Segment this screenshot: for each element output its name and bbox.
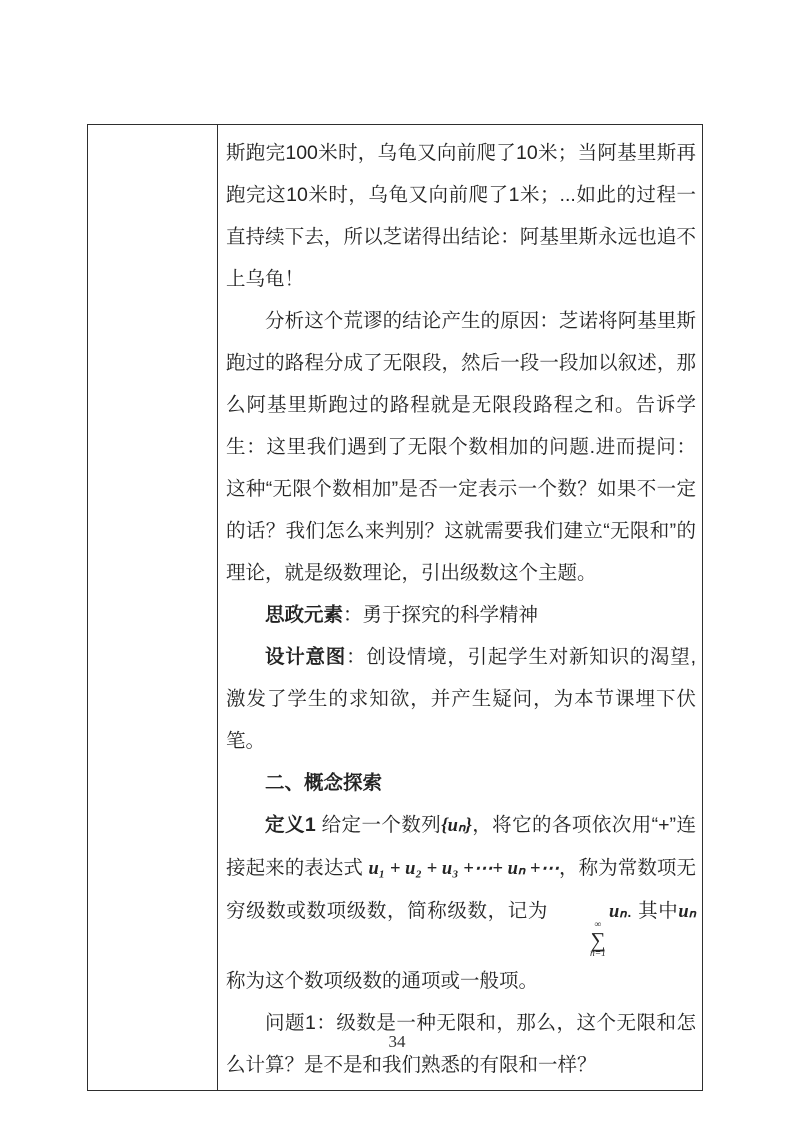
text-definition-1e: 称为这个数项级数的通项或一般项。 xyxy=(226,970,538,992)
table-left-cell xyxy=(88,125,218,1090)
label-definition-1: 定义1 xyxy=(265,814,316,836)
paragraph-analysis: 分析这个荒谬的结论产生的原因：芝诺将阿基里斯跑过的路程分成了无限段，然后一段一段… xyxy=(226,300,696,594)
lesson-plan-table: 斯跑完100米时，乌龟又向前爬了10米；当阿基里斯再跑完这10米时，乌龟又向前爬… xyxy=(87,124,703,1091)
math-sequence-notation: {uₙ} xyxy=(441,816,472,836)
heading-concept-exploration: 二、概念探索 xyxy=(226,762,696,804)
math-general-term-2: uₙ xyxy=(678,902,696,922)
paragraph-definition-1: 定义1 给定一个数列{uₙ}，将它的各项依次用“+”连接起来的表达式 u₁ + … xyxy=(226,804,696,1002)
text-definition-1a: 给定一个数列 xyxy=(316,814,442,836)
label-design-intent: 设计意图 xyxy=(265,646,346,668)
summation-lower-limit: n=1 xyxy=(551,950,606,960)
text-ideological-element: ：勇于探究的科学精神 xyxy=(343,604,538,626)
paragraph-design-intent: 设计意图：创设情境，引起学生对新知识的渴望,激发了学生的求知欲，并产生疑问，为本… xyxy=(226,636,696,762)
summation-formula: ∞∑n=1 xyxy=(551,921,606,960)
text-definition-1d: . 其中 xyxy=(627,900,679,922)
math-series-expansion: u₁ + u₂ + u₃ +⋯+ uₙ +⋯ xyxy=(369,859,559,879)
table-content-cell: 斯跑完100米时，乌龟又向前爬了10米；当阿基里斯再跑完这10米时，乌龟又向前爬… xyxy=(218,125,702,1090)
label-ideological-element: 思政元素 xyxy=(265,604,343,626)
document-page: 斯跑完100米时，乌龟又向前爬了10米；当阿基里斯再跑完这10米时，乌龟又向前爬… xyxy=(0,0,794,1123)
paragraph-zeno-story: 斯跑完100米时，乌龟又向前爬了10米；当阿基里斯再跑完这10米时，乌龟又向前爬… xyxy=(226,132,696,300)
sigma-symbol: ∑ xyxy=(551,931,605,951)
paragraph-ideological-element: 思政元素：勇于探究的科学精神 xyxy=(226,594,696,636)
math-general-term-1: uₙ xyxy=(609,902,627,922)
page-number: 34 xyxy=(0,1032,794,1052)
